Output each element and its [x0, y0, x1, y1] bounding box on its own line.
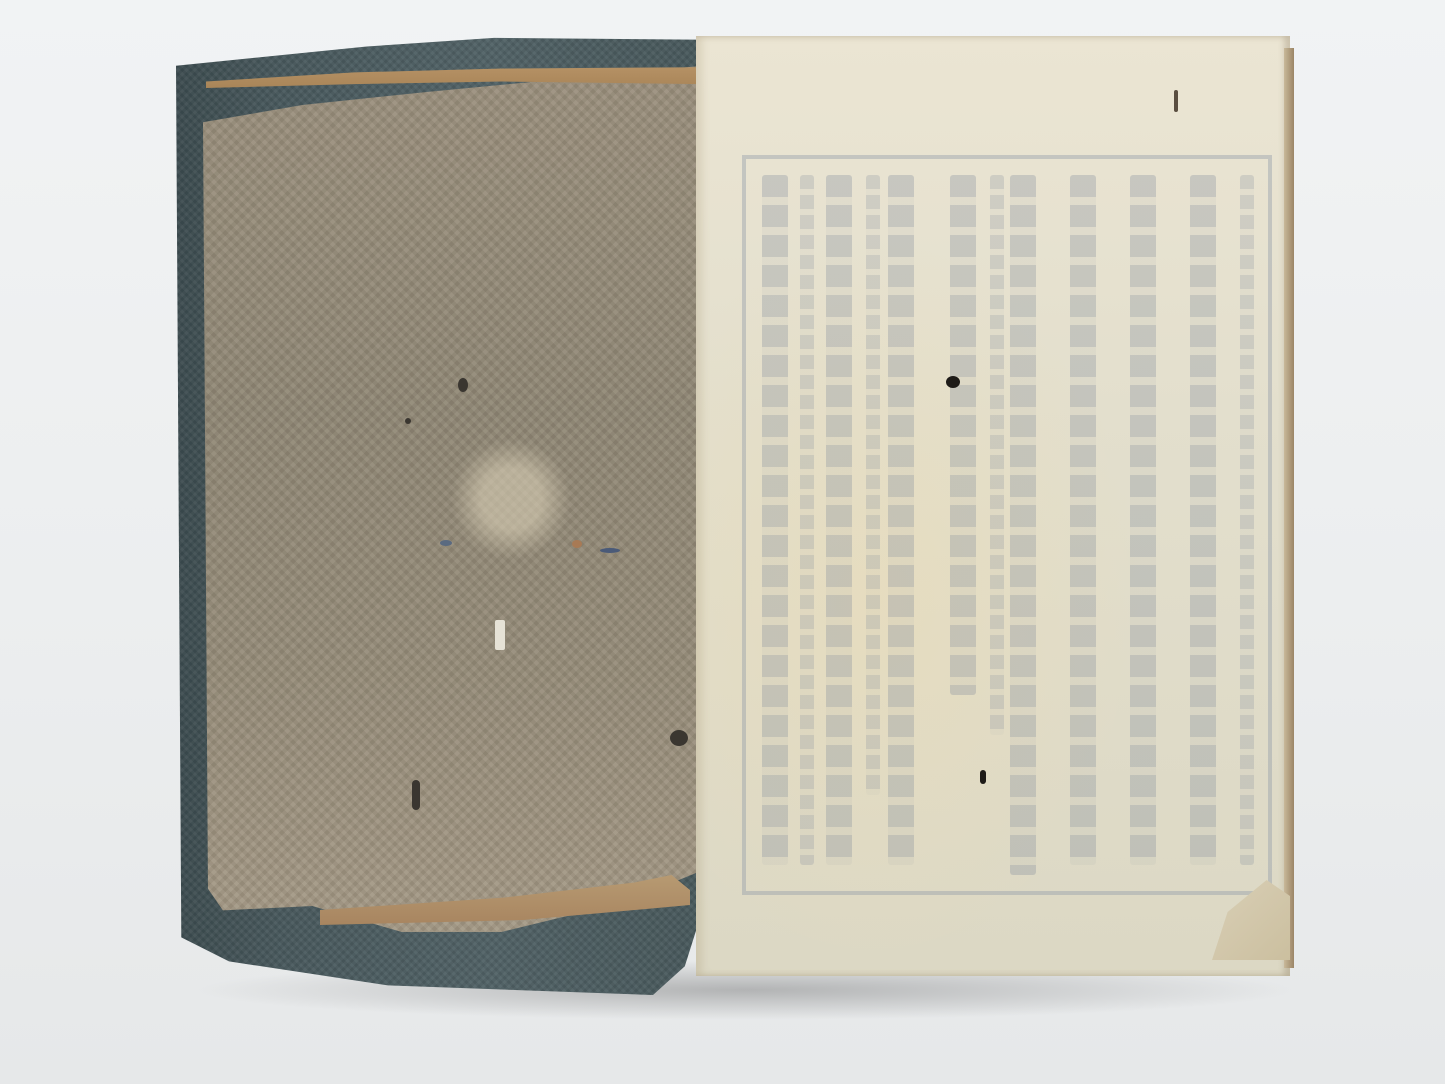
speck — [405, 418, 411, 424]
page-edge — [1284, 48, 1294, 968]
text-column — [1240, 175, 1254, 865]
speck — [600, 548, 620, 553]
text-column — [762, 175, 788, 865]
book-photo — [0, 0, 1445, 1084]
ink-spot — [946, 376, 960, 388]
speck — [412, 780, 420, 810]
speck — [670, 730, 688, 746]
text-column — [1010, 175, 1036, 875]
text-column — [1070, 175, 1096, 865]
text-column — [866, 175, 880, 795]
speck — [440, 540, 452, 546]
text-column — [826, 175, 852, 865]
text-column — [800, 175, 814, 865]
text-column — [888, 175, 914, 865]
speck — [572, 540, 582, 548]
ink-spot — [980, 770, 986, 784]
speck — [458, 378, 468, 392]
text-column — [990, 175, 1004, 735]
ink-spot — [1174, 90, 1178, 112]
speck — [495, 620, 505, 650]
cover-lining-paper — [203, 66, 700, 932]
text-column — [1130, 175, 1156, 865]
text-column — [950, 175, 976, 695]
text-column — [1190, 175, 1216, 865]
